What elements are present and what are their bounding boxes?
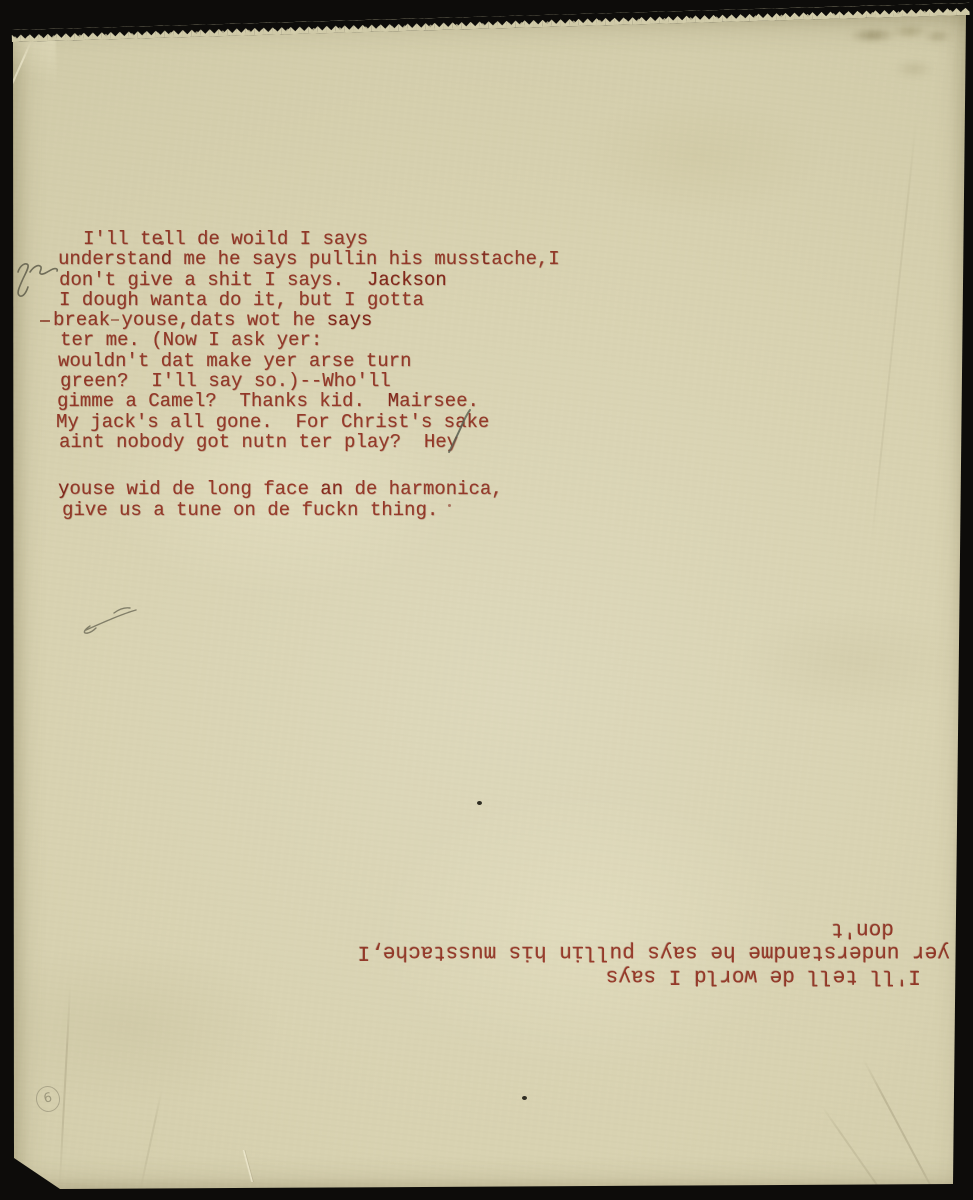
typed-segment: ter me. (Now I ask yer: [60, 329, 322, 351]
typed-line: don't give a shit I says. Jackson [59, 270, 561, 290]
typed-line: aint nobody got nutn ter play? Hey [59, 432, 561, 452]
typed-segment: I'll tell de woild I says [83, 228, 368, 250]
typed-line [58, 452, 560, 479]
typed-segment: me he says pullin his muss [172, 248, 480, 270]
top-edge-stain [838, 20, 955, 51]
typed-segment: My jack's all gone. For Christ's sake [56, 411, 489, 433]
typed-text-main: I'll tell de woild I saysunderstand me h… [58, 229, 560, 520]
stray-ink-dot [160, 241, 164, 245]
typed-segment: d [161, 248, 172, 270]
typed-line: understand me he says pullin his musstac… [58, 249, 560, 269]
typed-line: green? I'll say so.)--Who'll [60, 371, 562, 391]
typed-segment: aint nobody got nutn ter play? Hey [59, 431, 458, 453]
typed-line: I'll tell de world I says [330, 964, 921, 988]
stray-ink-dot-2 [448, 504, 451, 507]
typed-segment: Jackson [367, 269, 447, 291]
typed-line: My jack's all gone. For Christ's sake [56, 412, 558, 432]
page-number-pencil: 6 [34, 1084, 63, 1114]
typed-line: yer understandme he says pullin his muss… [330, 940, 950, 964]
bottom-right-crease-2 [821, 1105, 891, 1200]
typed-line: I'll tell de woild I says [83, 229, 585, 249]
typed-segment: don't give a shit I says. [59, 269, 367, 291]
typed-segment: I dough wanta do it, but I gotta [59, 289, 424, 311]
manuscript-page: I'll tell de woild I saysunderstand me h… [13, 15, 966, 1190]
bottom-edge-tear [240, 1150, 256, 1182]
typed-segment: de harmonica, [343, 478, 503, 500]
typed-segment: break [53, 309, 110, 331]
typed-line: ter me. (Now I ask yer: [60, 330, 562, 350]
typed-segment: ache,I [491, 248, 559, 270]
typed-segment: airsee. [399, 390, 479, 412]
pencil-annotation-yer [10, 256, 64, 300]
typed-main-lines: I'll tell de woild I saysunderstand me h… [58, 229, 560, 520]
typed-line: wouldn't dat make yer arse turn [58, 351, 560, 371]
fold-crease [2, 41, 32, 106]
typed-text-flipped: I'll tell de world I saysyer understandm… [330, 915, 952, 987]
typed-segment: t [480, 248, 491, 270]
typed-line: don't [330, 917, 894, 941]
typed-segment: wouldn't dat make yer arse turn [58, 350, 411, 372]
typed-segment: youse,dats wot he [110, 309, 327, 331]
typed-segment: yer understandme he says pullin his muss… [358, 941, 950, 964]
typed-line: gimme a Camel? Thanks kid. Mairsee. [57, 391, 559, 411]
typed-segment: y [58, 478, 69, 500]
typed-line: youse wid de long face an de harmonica, [58, 479, 560, 499]
typed-flipped-lines: I'll tell de world I saysyer understandm… [330, 917, 952, 988]
top-left-fold [10, 36, 56, 102]
paper-speck [477, 801, 482, 805]
pencil-scribble [74, 604, 140, 640]
typed-segment: ouse wid de long face [69, 478, 320, 500]
typed-line: break youse,dats wot he says [53, 310, 555, 330]
typed-line: I dough wanta do it, but I gotta [59, 290, 561, 310]
scanned-manuscript-photo: { "document": { "type": "typewritten man… [0, 0, 973, 1200]
typed-line: give us a tune on de fuckn thing. [62, 500, 564, 520]
typed-segment: M [388, 390, 399, 412]
bottom-right-crease [863, 1059, 940, 1200]
right-crease [871, 121, 917, 539]
typed-segment: give us a tune on de fuckn thing. [62, 499, 438, 521]
typed-segment: green? I'll say so.)--Who'll [60, 370, 391, 392]
bottom-left-crease [59, 985, 71, 1185]
typed-segment: gimme a Camel? Thanks kid. [57, 390, 388, 412]
typed-segment: understan [58, 248, 161, 270]
typed-segment: an [320, 478, 343, 500]
top-right-stain [884, 56, 944, 82]
typed-segment: don't [831, 917, 894, 940]
paper-speck-2 [522, 1096, 527, 1100]
page-surface: I'll tell de woild I saysunderstand me h… [0, 0, 973, 1200]
typed-segment: says [327, 309, 373, 331]
bottom-left-crease-2 [140, 1091, 163, 1189]
typed-segment: I'll tell de world I says [606, 964, 921, 987]
